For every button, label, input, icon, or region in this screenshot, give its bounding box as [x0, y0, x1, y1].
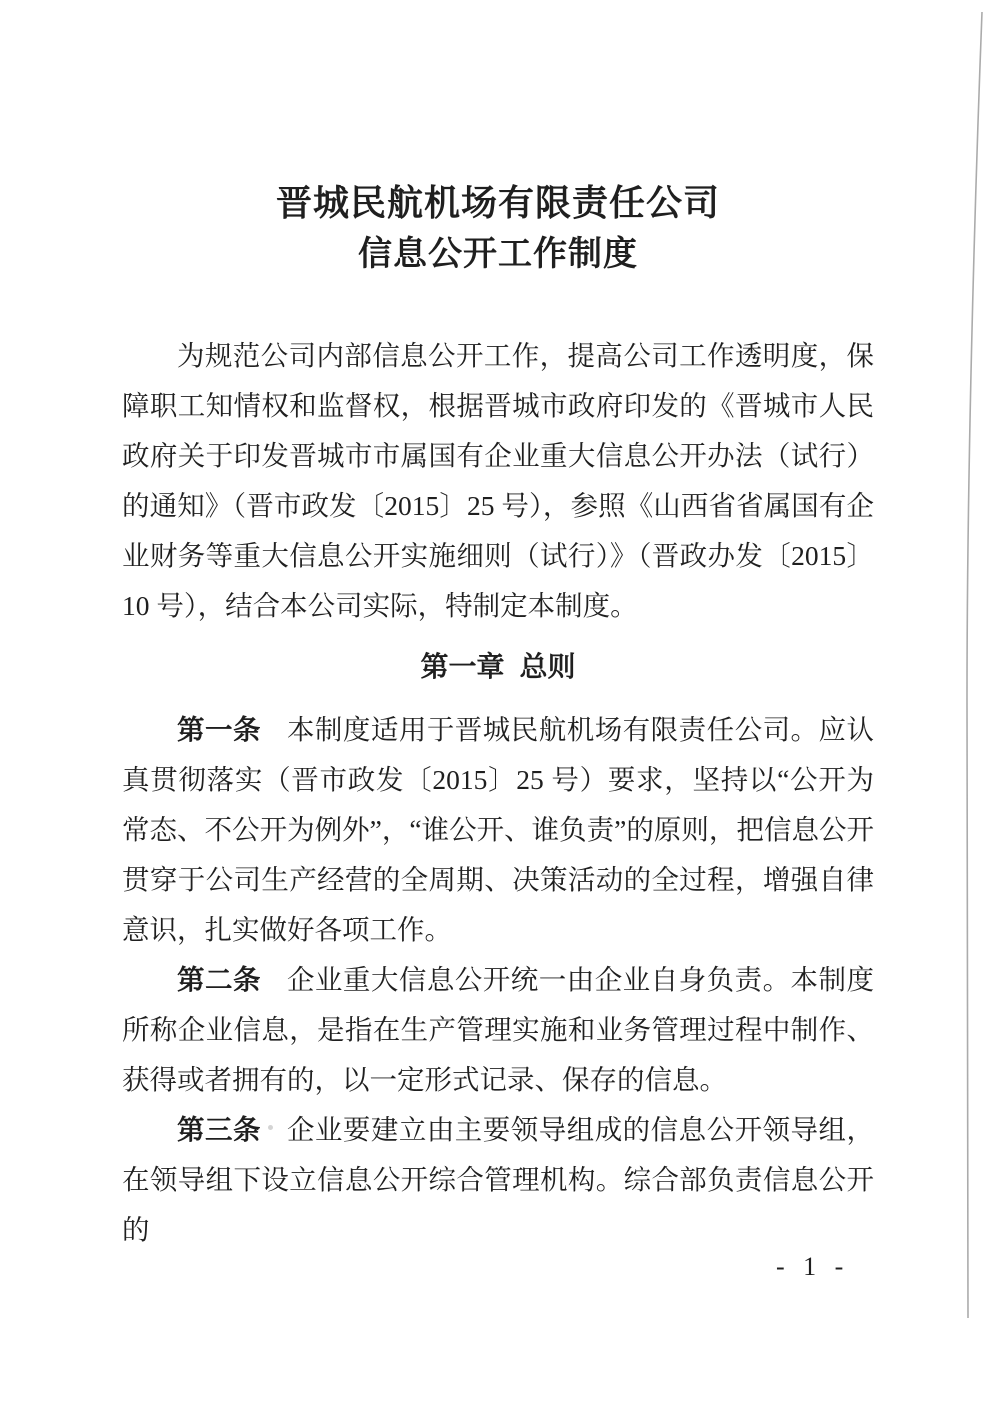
document-title-line-2: 信息公开工作制度 [122, 232, 874, 277]
article-1-label: 第一条 [177, 714, 261, 745]
chapter-1-heading: 第一章 总则 [122, 650, 874, 686]
article-2-label: 第二条 [177, 964, 261, 995]
text-column: 晋城民航机场有限责任公司 信息公开工作制度 为规范公司内部信息公开工作，提高公司… [122, 0, 874, 1255]
article-3-label: 第三条 [177, 1114, 261, 1145]
article-1-paragraph: 第一条本制度适用于晋城民航机场有限责任公司。应认真贯彻落实（晋市政发〔2015〕… [122, 705, 874, 955]
document-title-line-1: 晋城民航机场有限责任公司 [122, 181, 874, 226]
scanned-document-page: 晋城民航机场有限责任公司 信息公开工作制度 为规范公司内部信息公开工作，提高公司… [0, 0, 992, 1403]
scan-speck-artifact [268, 1125, 273, 1130]
page-number: - 1 - [776, 1250, 849, 1284]
article-2-paragraph: 第二条企业重大信息公开统一由企业自身负责。本制度所称企业信息，是指在生产管理实施… [122, 955, 874, 1105]
intro-paragraph: 为规范公司内部信息公开工作，提高公司工作透明度，保障职工知情权和监督权，根据晋城… [122, 331, 874, 631]
article-3-paragraph: 第三条企业要建立由主要领导组成的信息公开领导组，在领导组下设立信息公开综合管理机… [122, 1105, 874, 1255]
article-1-text: 本制度适用于晋城民航机场有限责任公司。应认真贯彻落实（晋市政发〔2015〕25 … [122, 714, 874, 945]
